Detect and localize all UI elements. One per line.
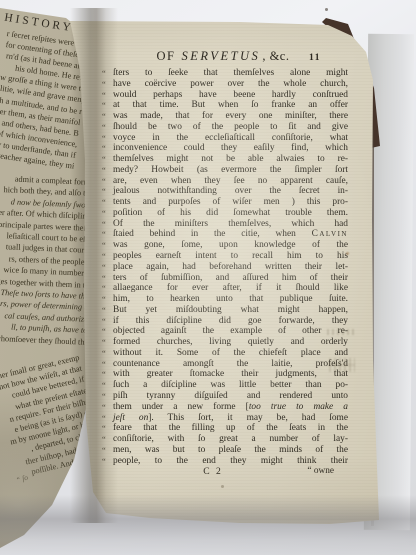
speck — [325, 8, 328, 11]
book-photograph: HISTORY r ſecret reſpites were liklyfor … — [0, 0, 416, 555]
book-shadow — [0, 495, 416, 555]
